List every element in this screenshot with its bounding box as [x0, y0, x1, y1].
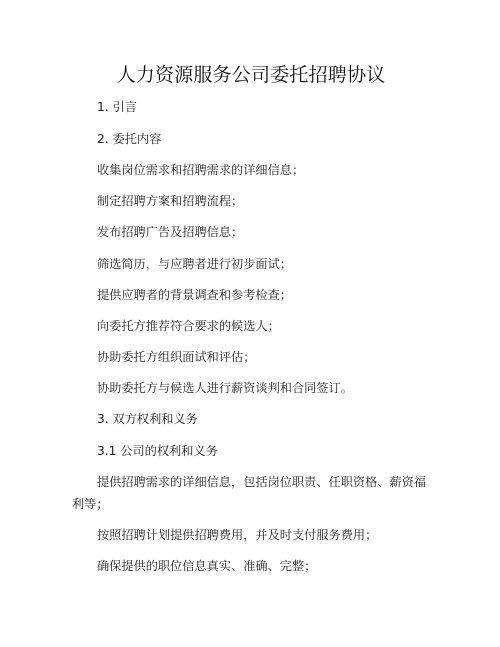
list-item: 制定招聘方案和招聘流程； [72, 190, 430, 212]
list-item: 协助委托方与候选人进行薪资谈判和合同签订。 [72, 377, 430, 399]
list-item: 筛选简历，与应聘者进行初步面试； [72, 253, 430, 275]
section-heading-introduction: 1. 引言 [72, 96, 430, 118]
list-item: 提供应聘者的背景调查和参考检查； [72, 284, 430, 306]
list-item: 向委托方推荐符合要求的候选人； [72, 315, 430, 337]
section-heading-rights-obligations: 3. 双方权利和义务 [72, 408, 430, 430]
list-item: 收集岗位需求和招聘需求的详细信息； [72, 159, 430, 181]
list-item: 确保提供的职位信息真实、准确、完整； [72, 555, 430, 577]
list-item: 提供招聘需求的详细信息，包括岗位职责、任职资格、薪资福利等； [72, 471, 430, 515]
list-item: 按照招聘计划提供招聘费用，并及时支付服务费用； [72, 524, 430, 546]
list-item: 发布招聘广告及招聘信息； [72, 221, 430, 243]
section-heading-commission-content: 2. 委托内容 [72, 128, 430, 150]
list-item: 协助委托方组织面试和评估； [72, 346, 430, 368]
document-title: 人力资源服务公司委托招聘协议 [72, 62, 430, 88]
subsection-heading-company-rights: 3.1 公司的权利和义务 [72, 440, 430, 462]
